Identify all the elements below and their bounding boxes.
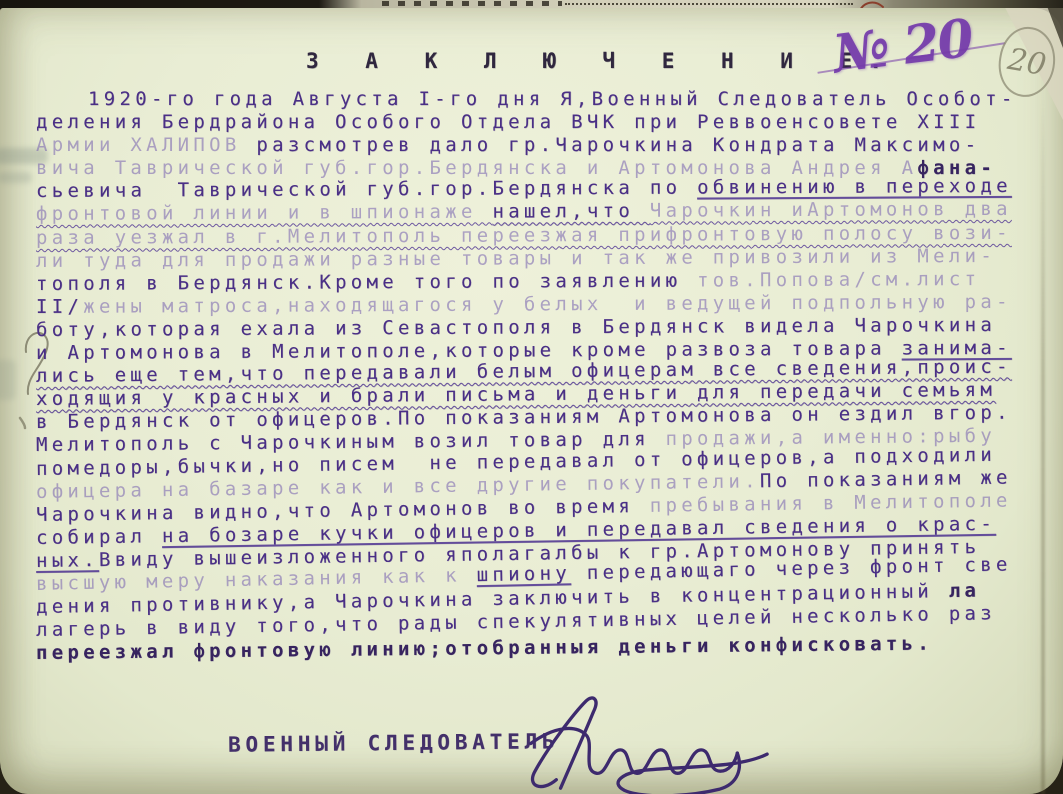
text-segment: тополя в Бердянск.Кроме того по заявлени… [36, 269, 697, 294]
signature-autograph [505, 686, 795, 794]
scanned-document-photo: З А К Л Ю Ч Е Н И Е. № 20 20 1920-го год… [0, 0, 1063, 794]
text-segment: тов.Попова/см.лист [697, 268, 980, 291]
page-number-text: 20 [1005, 41, 1049, 82]
text-segment: По показаниям же [760, 466, 1012, 492]
text-segment: 1920-го года Августа I-го дня Я,Военный … [88, 88, 1017, 110]
text-segment: разсмотрев дало гр.Чарочкина Кондрата Ма… [256, 134, 980, 156]
adjacent-page-dotted-line [565, 3, 853, 5]
document-title: З А К Л Ю Ч Е Н И Е. [306, 49, 899, 73]
text-segment: ли туда для продажи разные товары и так … [36, 245, 996, 272]
text-segment: шпиону [476, 562, 571, 586]
text-segment: обвинению в переходе [697, 175, 1012, 199]
text-segment: сьевича Таврической губ.гор.Бердянска по [36, 177, 697, 202]
paper-crease [1041, 98, 1045, 794]
text-segment: жены матроса,находящагося у белых и веду… [83, 291, 1012, 318]
document-line: 1920-го года Августа I-го дня Я,Военный … [36, 88, 1036, 111]
text-segment: фронтовой линии и в шпионаже [36, 201, 493, 225]
document-body: 1920-го года Августа I-го дня Я,Военный … [36, 88, 1036, 665]
text-segment: II/ [36, 296, 83, 318]
text-segment: Чарочкин иАртомонов два [650, 198, 1012, 222]
text-segment: Армии ХАЛИПОВ [36, 134, 256, 156]
ink-bleedthrough [0, 172, 32, 183]
document-line: Армии ХАЛИПОВ разсмотрев дало гр.Чарочки… [36, 134, 1036, 157]
document-line: деления Бердрайона Особого Отдела ВЧК пр… [36, 111, 1036, 134]
text-segment: ных. [36, 549, 99, 572]
text-segment: ла [949, 580, 981, 603]
text-segment: деления Бердрайона Особого Отдела ВЧК пр… [36, 111, 980, 133]
text-segment: собирал [36, 525, 162, 549]
adjacent-page-text-fragment [382, 1, 562, 6]
text-segment: нашел,что [492, 200, 650, 223]
text-segment: раза уезжал в г.Мелитополь переезжая при… [36, 221, 1012, 248]
